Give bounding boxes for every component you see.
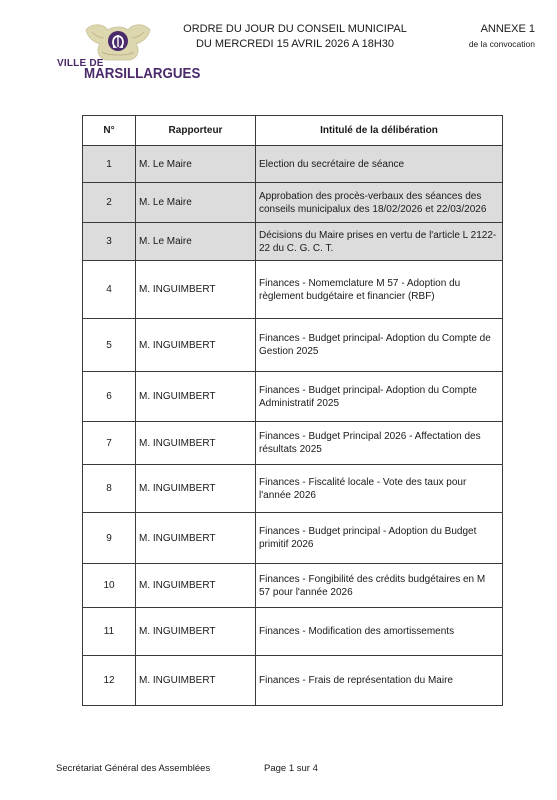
footer-department: Secrétariat Général des Assemblées bbox=[56, 763, 210, 774]
row-intitule: Finances - Fiscalité locale - Vote des t… bbox=[256, 465, 503, 513]
annexe-number: ANNEXE 1 bbox=[469, 22, 535, 37]
row-number: 1 bbox=[83, 146, 136, 183]
row-number: 8 bbox=[83, 465, 136, 513]
ornament-emblem-icon bbox=[82, 22, 154, 62]
table-row: 4M. INGUIMBERTFinances - Nomemclature M … bbox=[83, 261, 503, 319]
row-rapporteur: M. INGUIMBERT bbox=[136, 608, 256, 656]
agenda-table-body: 1M. Le MaireElection du secrétaire de sé… bbox=[83, 146, 503, 706]
row-intitule: Finances - Budget principal- Adoption du… bbox=[256, 319, 503, 372]
row-rapporteur: M. INGUIMBERT bbox=[136, 372, 256, 422]
table-header-row: N° Rapporteur Intitulé de la délibératio… bbox=[83, 116, 503, 146]
row-rapporteur: M. INGUIMBERT bbox=[136, 261, 256, 319]
table-row: 1M. Le MaireElection du secrétaire de sé… bbox=[83, 146, 503, 183]
table-row: 3M. Le MaireDécisions du Maire prises en… bbox=[83, 223, 503, 261]
row-intitule: Finances - Frais de représentation du Ma… bbox=[256, 656, 503, 706]
row-intitule: Décisions du Maire prises en vertu de l'… bbox=[256, 223, 503, 261]
logo: VILLE DE MARSILLARGUES bbox=[52, 20, 184, 82]
title-line-2: DU MERCREDI 15 AVRIL 2026 A 18H30 bbox=[180, 37, 410, 52]
agenda-table: N° Rapporteur Intitulé de la délibératio… bbox=[82, 115, 503, 706]
table-row: 12M. INGUIMBERTFinances - Frais de repré… bbox=[83, 656, 503, 706]
row-rapporteur: M. INGUIMBERT bbox=[136, 656, 256, 706]
table-row: 11M. INGUIMBERTFinances - Modification d… bbox=[83, 608, 503, 656]
row-intitule: Finances - Budget principal - Adoption d… bbox=[256, 513, 503, 564]
row-number: 2 bbox=[83, 183, 136, 223]
row-intitule: Finances - Nomemclature M 57 - Adoption … bbox=[256, 261, 503, 319]
row-number: 5 bbox=[83, 319, 136, 372]
row-number: 7 bbox=[83, 422, 136, 465]
row-number: 11 bbox=[83, 608, 136, 656]
page-title: ORDRE DU JOUR DU CONSEIL MUNICIPAL DU ME… bbox=[180, 22, 410, 52]
column-header-intitule: Intitulé de la délibération bbox=[256, 116, 503, 146]
table-row: 8M. INGUIMBERTFinances - Fiscalité local… bbox=[83, 465, 503, 513]
row-rapporteur: M. INGUIMBERT bbox=[136, 513, 256, 564]
row-intitule: Finances - Modification des amortissemen… bbox=[256, 608, 503, 656]
table-row: 9M. INGUIMBERTFinances - Budget principa… bbox=[83, 513, 503, 564]
row-intitule: Approbation des procès-verbaux des séanc… bbox=[256, 183, 503, 223]
footer-page-number: Page 1 sur 4 bbox=[264, 763, 318, 774]
annexe-label: ANNEXE 1 de la convocation bbox=[469, 22, 535, 51]
title-line-1: ORDRE DU JOUR DU CONSEIL MUNICIPAL bbox=[180, 22, 410, 37]
row-rapporteur: M. Le Maire bbox=[136, 183, 256, 223]
row-rapporteur: M. INGUIMBERT bbox=[136, 465, 256, 513]
row-number: 6 bbox=[83, 372, 136, 422]
row-intitule: Finances - Budget principal- Adoption du… bbox=[256, 372, 503, 422]
row-rapporteur: M. Le Maire bbox=[136, 223, 256, 261]
row-rapporteur: M. INGUIMBERT bbox=[136, 564, 256, 608]
row-number: 3 bbox=[83, 223, 136, 261]
annexe-subtitle: de la convocation bbox=[469, 37, 535, 51]
row-number: 12 bbox=[83, 656, 136, 706]
row-intitule: Election du secrétaire de séance bbox=[256, 146, 503, 183]
table-row: 5M. INGUIMBERTFinances - Budget principa… bbox=[83, 319, 503, 372]
row-rapporteur: M. INGUIMBERT bbox=[136, 422, 256, 465]
row-number: 9 bbox=[83, 513, 136, 564]
table-row: 6M. INGUIMBERTFinances - Budget principa… bbox=[83, 372, 503, 422]
row-rapporteur: M. INGUIMBERT bbox=[136, 319, 256, 372]
row-intitule: Finances - Budget Principal 2026 - Affec… bbox=[256, 422, 503, 465]
row-number: 10 bbox=[83, 564, 136, 608]
table-row: 10M. INGUIMBERTFinances - Fongibilité de… bbox=[83, 564, 503, 608]
row-rapporteur: M. Le Maire bbox=[136, 146, 256, 183]
table-row: 7M. INGUIMBERTFinances - Budget Principa… bbox=[83, 422, 503, 465]
table-row: 2M. Le MaireApprobation des procès-verba… bbox=[83, 183, 503, 223]
logo-line-marsillargues: MARSILLARGUES bbox=[84, 66, 200, 82]
row-intitule: Finances - Fongibilité des crédits budgé… bbox=[256, 564, 503, 608]
column-header-number: N° bbox=[83, 116, 136, 146]
row-number: 4 bbox=[83, 261, 136, 319]
column-header-rapporteur: Rapporteur bbox=[136, 116, 256, 146]
